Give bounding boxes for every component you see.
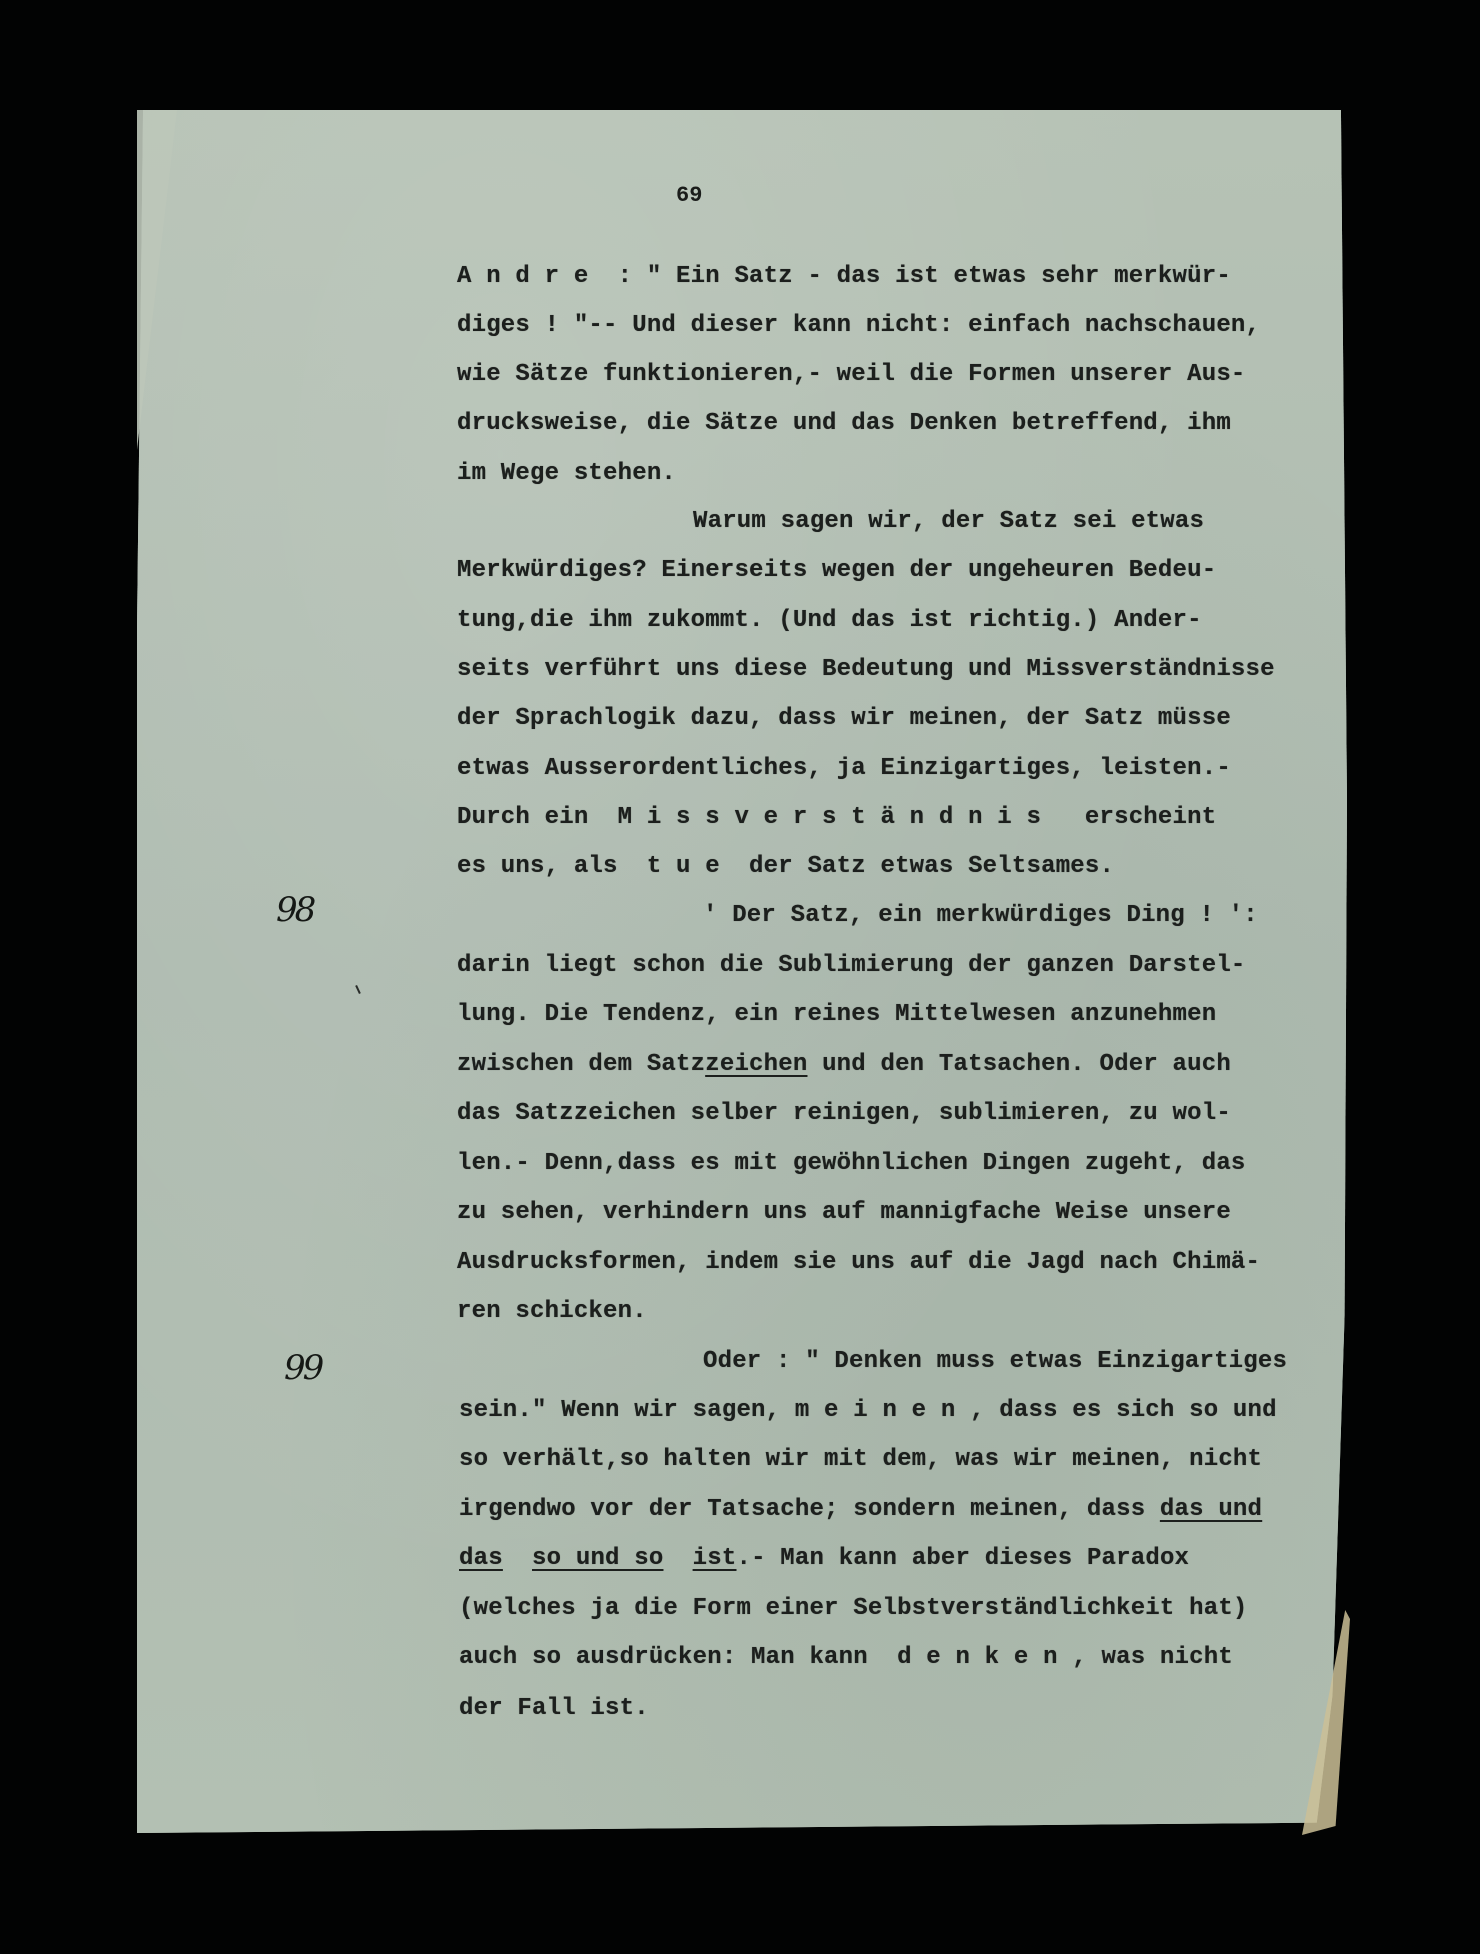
text-segment: len.- Denn,dass es mit gewöhnlichen Ding… bbox=[457, 1150, 1246, 1177]
text-line: seits verführt uns diese Bedeutung und M… bbox=[457, 655, 1275, 685]
text-segment: .- Man kann aber dieses Paradox bbox=[736, 1545, 1189, 1572]
text-segment: etwas Ausserordentliches, ja Einzigartig… bbox=[457, 755, 1231, 782]
margin-note-99: 99 bbox=[284, 1348, 321, 1388]
text-segment: seits verführt uns diese Bedeutung und M… bbox=[457, 656, 1275, 683]
text-segment: ren schicken. bbox=[457, 1298, 647, 1325]
text-segment: Durch ein M i s s v e r s t ä n d n i s … bbox=[457, 804, 1216, 831]
text-line: ' Der Satz, ein merkwürdiges Ding ! ': bbox=[703, 901, 1258, 931]
text-segment: tung,die ihm zukommt. (Und das ist richt… bbox=[457, 607, 1202, 634]
text-segment: zu sehen, verhindern uns auf mannigfache… bbox=[457, 1199, 1231, 1226]
text-line: sein." Wenn wir sagen, m e i n e n , das… bbox=[459, 1396, 1277, 1426]
underlined-text: zeichen bbox=[705, 1051, 807, 1078]
text-line: der Sprachlogik dazu, dass wir meinen, d… bbox=[457, 704, 1231, 734]
text-segment: im Wege stehen. bbox=[457, 460, 676, 487]
text-line: etwas Ausserordentliches, ja Einzigartig… bbox=[457, 754, 1231, 784]
text-segment: Warum sagen wir, der Satz sei etwas bbox=[693, 508, 1204, 535]
text-segment: und den Tatsachen. Oder auch bbox=[807, 1051, 1230, 1078]
text-segment: sein." Wenn wir sagen, m e i n e n , das… bbox=[459, 1397, 1277, 1424]
text-segment: A n d r e : " Ein Satz - das ist etwas s… bbox=[457, 263, 1231, 290]
text-line: Merkwürdiges? Einerseits wegen der ungeh… bbox=[457, 556, 1216, 586]
text-line: Oder : " Denken muss etwas Einzigartiges bbox=[703, 1347, 1287, 1377]
text-segment: darin liegt schon die Sublimierung der g… bbox=[457, 952, 1246, 979]
text-segment bbox=[503, 1545, 532, 1572]
text-line: zwischen dem Satzzeichen und den Tatsach… bbox=[457, 1050, 1231, 1080]
text-line: Warum sagen wir, der Satz sei etwas bbox=[693, 507, 1204, 537]
text-segment: wie Sätze funktionieren,- weil die Forme… bbox=[457, 361, 1246, 388]
text-line: so verhält,so halten wir mit dem, was wi… bbox=[459, 1445, 1262, 1475]
text-segment: irgendwo vor der Tatsache; sondern meine… bbox=[459, 1496, 1160, 1523]
text-line: es uns, als t u e der Satz etwas Seltsam… bbox=[457, 852, 1114, 882]
text-line: tung,die ihm zukommt. (Und das ist richt… bbox=[457, 606, 1202, 636]
text-segment: Oder : " Denken muss etwas Einzigartiges bbox=[703, 1348, 1287, 1375]
text-segment: auch so ausdrücken: Man kann d e n k e n… bbox=[459, 1644, 1233, 1671]
text-line: auch so ausdrücken: Man kann d e n k e n… bbox=[459, 1643, 1233, 1673]
underlined-text: das und bbox=[1160, 1496, 1262, 1523]
text-segment: es uns, als t u e der Satz etwas Seltsam… bbox=[457, 853, 1114, 880]
page-number: 69 bbox=[676, 183, 702, 208]
text-line: zu sehen, verhindern uns auf mannigfache… bbox=[457, 1198, 1231, 1228]
margin-note-98: 98 bbox=[276, 890, 313, 930]
text-segment: das Satzzeichen selber reinigen, sublimi… bbox=[457, 1100, 1231, 1127]
text-segment bbox=[663, 1545, 692, 1572]
text-line: A n d r e : " Ein Satz - das ist etwas s… bbox=[457, 262, 1231, 292]
text-segment: diges ! "-- Und dieser kann nicht: einfa… bbox=[457, 312, 1260, 339]
text-segment: (welches ja die Form einer Selbstverstän… bbox=[459, 1595, 1248, 1622]
text-segment: zwischen dem Satz bbox=[457, 1051, 705, 1078]
text-line: wie Sätze funktionieren,- weil die Forme… bbox=[457, 360, 1246, 390]
text-segment: ' Der Satz, ein merkwürdiges Ding ! ': bbox=[703, 902, 1258, 929]
text-line: lung. Die Tendenz, ein reines Mittelwese… bbox=[457, 1000, 1216, 1030]
text-line: diges ! "-- Und dieser kann nicht: einfa… bbox=[457, 311, 1260, 341]
text-line: (welches ja die Form einer Selbstverstän… bbox=[459, 1594, 1248, 1624]
text-line: im Wege stehen. bbox=[457, 459, 676, 489]
text-line: das Satzzeichen selber reinigen, sublimi… bbox=[457, 1099, 1231, 1129]
text-line: das so und so ist.- Man kann aber dieses… bbox=[459, 1544, 1189, 1574]
text-line: der Fall ist. bbox=[459, 1694, 649, 1724]
text-line: ren schicken. bbox=[457, 1297, 647, 1327]
text-line: darin liegt schon die Sublimierung der g… bbox=[457, 951, 1246, 981]
underlined-text: ist bbox=[693, 1545, 737, 1572]
text-line: Durch ein M i s s v e r s t ä n d n i s … bbox=[457, 803, 1216, 833]
underlined-text: das bbox=[459, 1545, 503, 1572]
text-line: Ausdrucksformen, indem sie uns auf die J… bbox=[457, 1248, 1260, 1278]
text-segment: lung. Die Tendenz, ein reines Mittelwese… bbox=[457, 1001, 1216, 1028]
underlined-text: so und so bbox=[532, 1545, 663, 1572]
text-segment: Ausdrucksformen, indem sie uns auf die J… bbox=[457, 1249, 1260, 1276]
text-line: drucksweise, die Sätze und das Denken be… bbox=[457, 409, 1231, 439]
text-segment: so verhält,so halten wir mit dem, was wi… bbox=[459, 1446, 1262, 1473]
text-segment: der Sprachlogik dazu, dass wir meinen, d… bbox=[457, 705, 1231, 732]
text-segment: drucksweise, die Sätze und das Denken be… bbox=[457, 410, 1231, 437]
text-segment: Merkwürdiges? Einerseits wegen der ungeh… bbox=[457, 557, 1216, 584]
text-segment: der Fall ist. bbox=[459, 1695, 649, 1722]
text-line: irgendwo vor der Tatsache; sondern meine… bbox=[459, 1495, 1262, 1525]
text-line: len.- Denn,dass es mit gewöhnlichen Ding… bbox=[457, 1149, 1246, 1179]
